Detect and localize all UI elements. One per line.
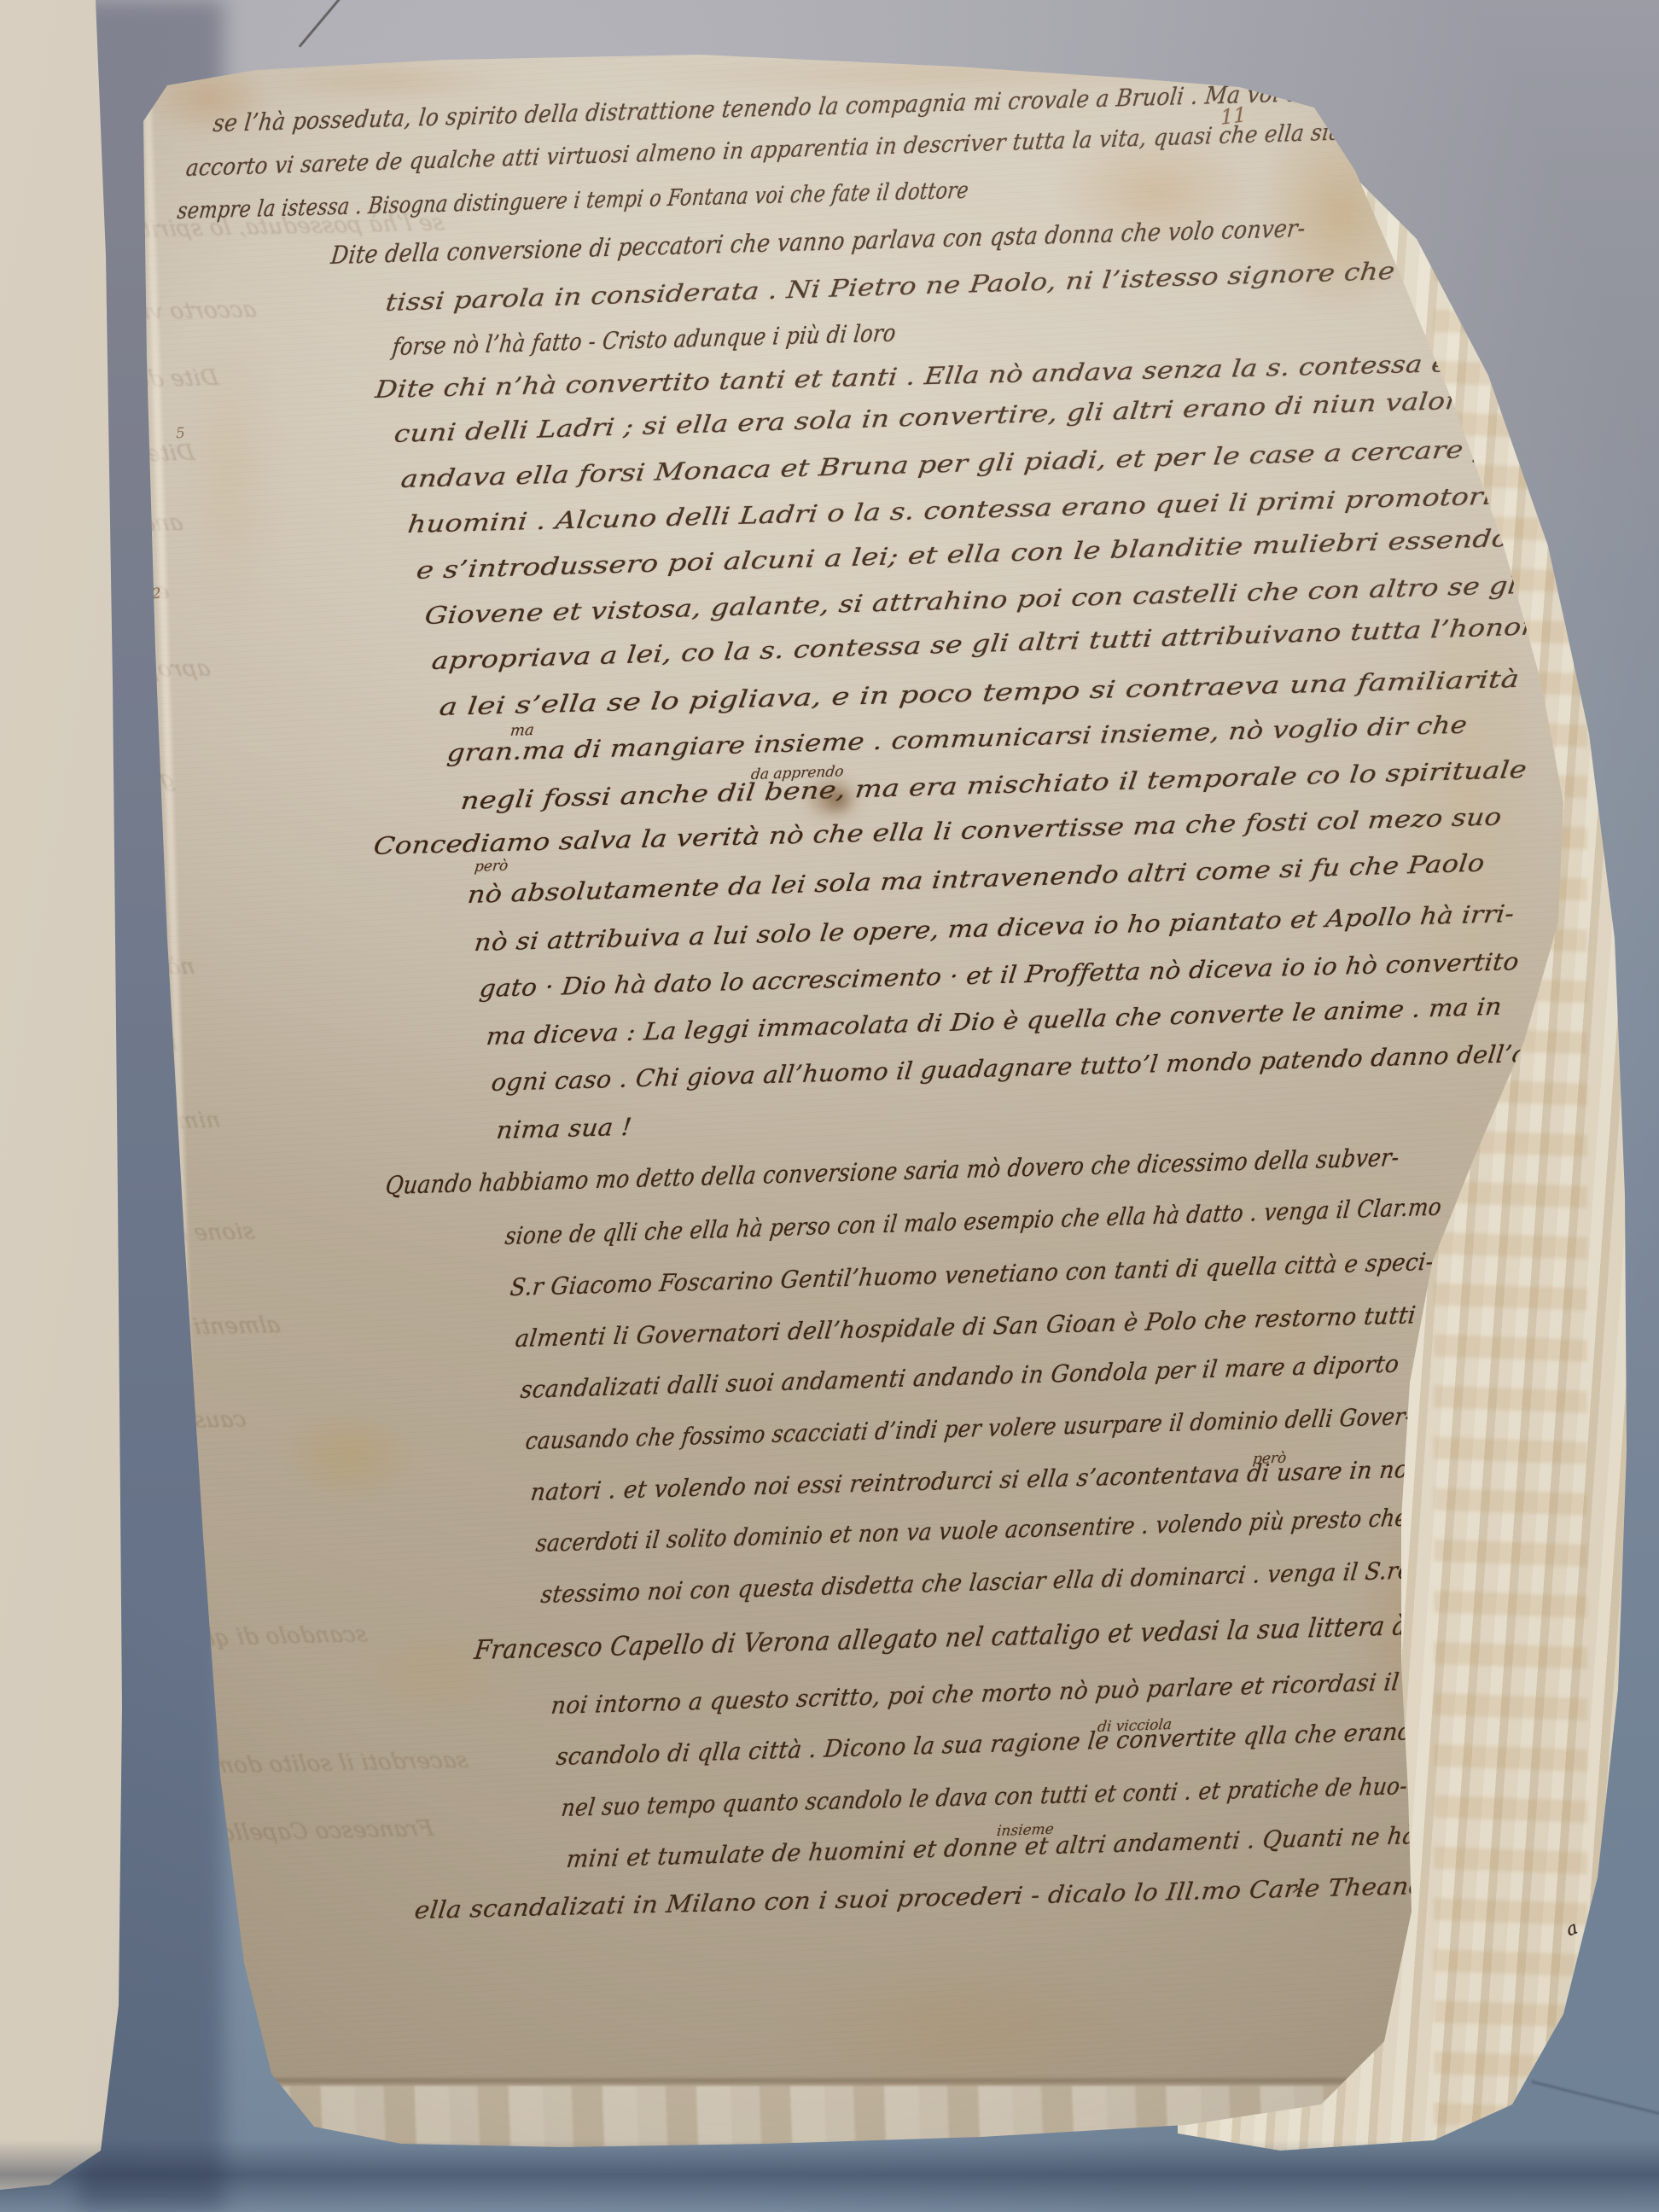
manuscript-page: se l’hà posseduta, lo spirito della dist… <box>0 0 1659 2212</box>
bottom-shadow-band <box>0 2140 1659 2212</box>
page-vignette <box>0 0 1659 2212</box>
photo-scene: a homo alcunide la fave-e lo spto & toSe… <box>0 0 1659 2212</box>
